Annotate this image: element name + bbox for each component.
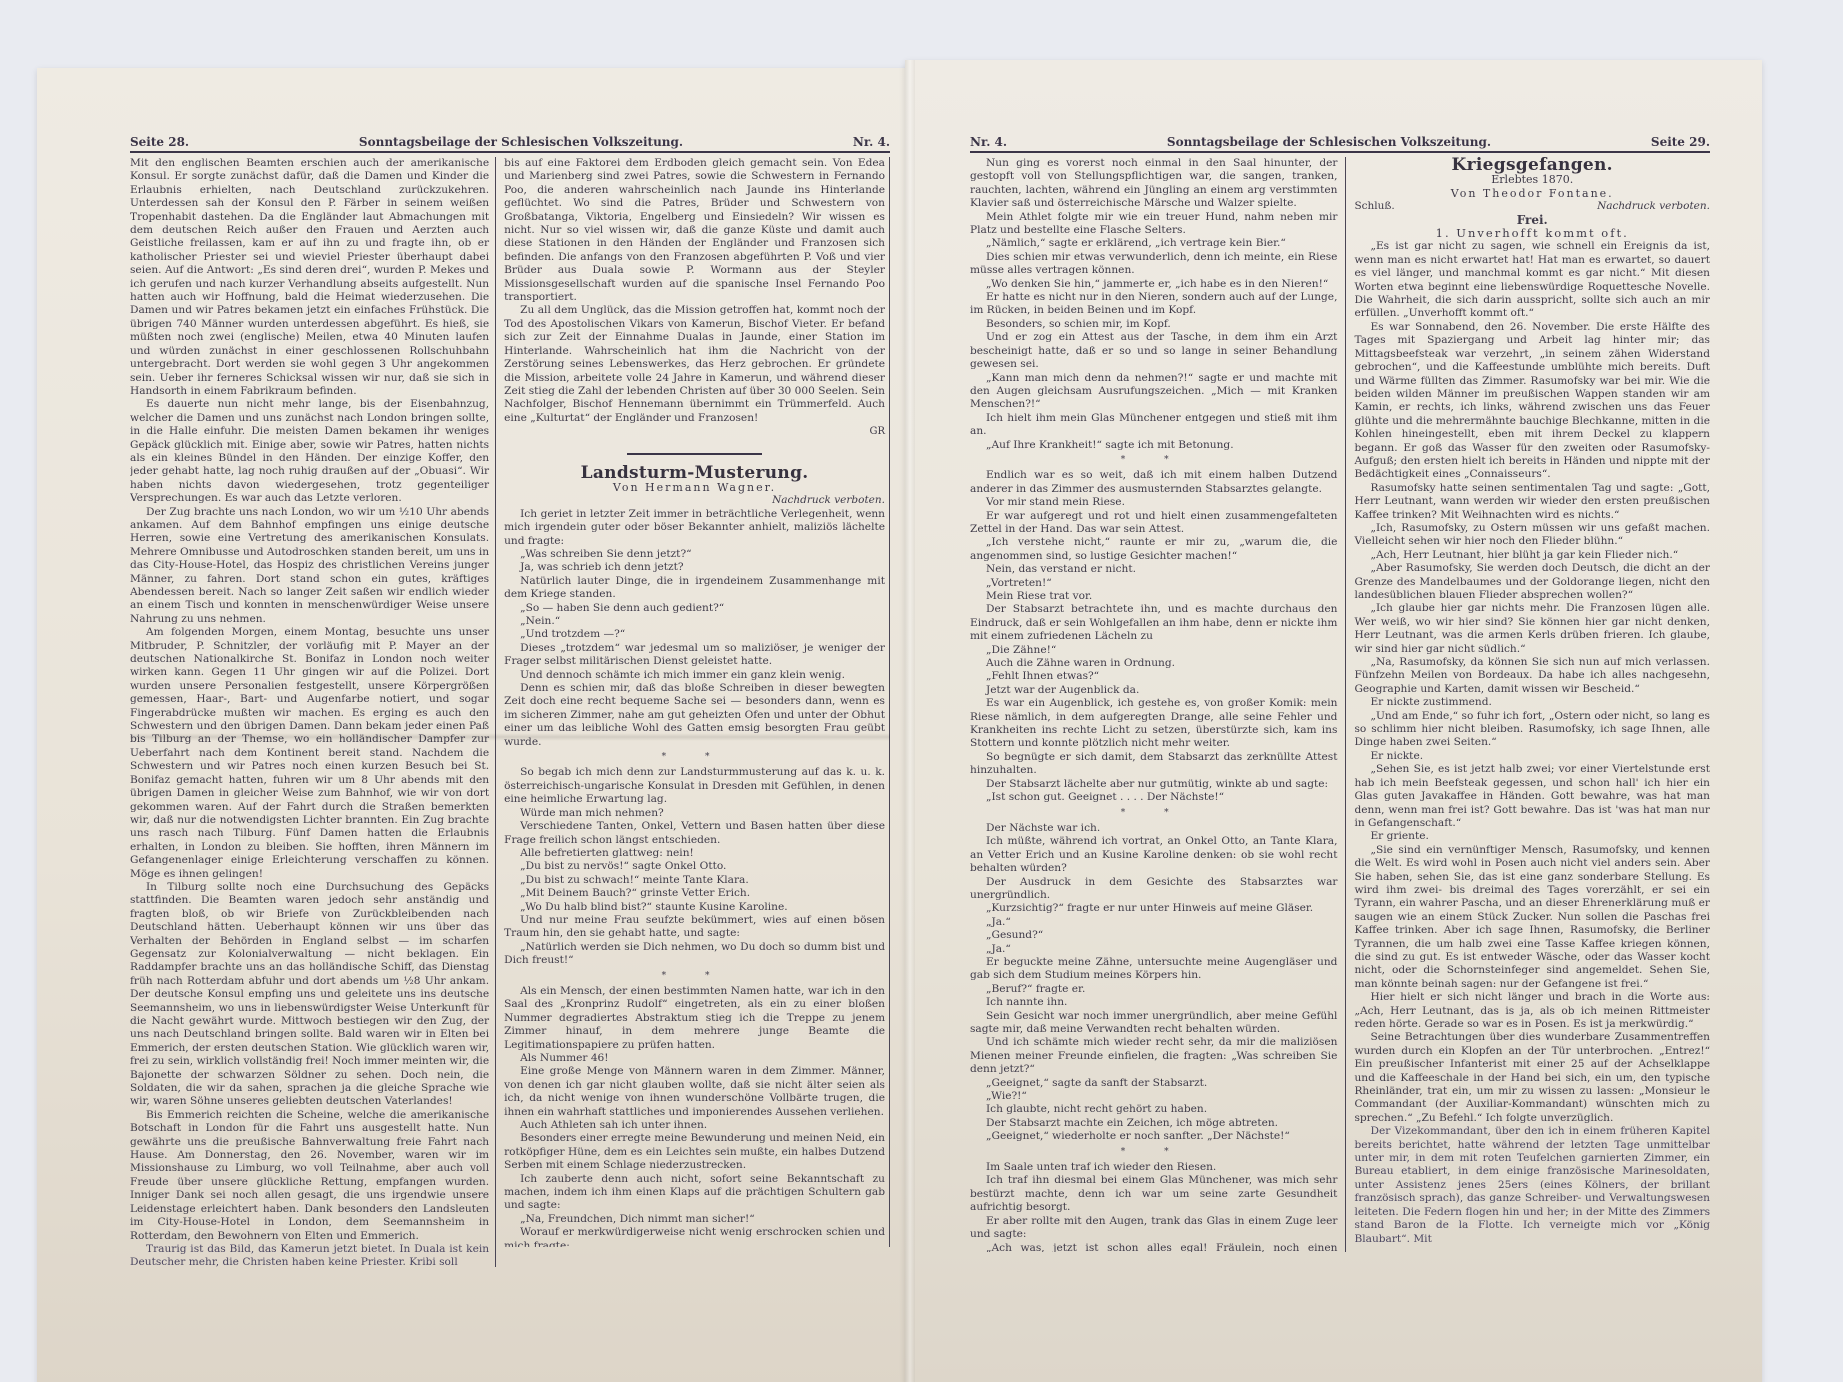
paragraph: „Na, Freundchen, Dich nimmt man sicher!“ — [504, 1213, 885, 1226]
section-break: * * — [970, 454, 1337, 467]
paragraph: Mit den englischen Beamten erschien auch… — [130, 157, 489, 398]
paragraph: Sein Gesicht war noch immer unergründlic… — [970, 1010, 1337, 1037]
article-byline: Von Hermann Wagner. — [504, 481, 885, 494]
paragraph: „Ja.“ — [970, 943, 1337, 956]
column-1-landsturm-continued: Nun ging es vorerst noch einmal in den S… — [970, 157, 1346, 1252]
paragraph: „Wo Du halb blind bist?“ staunte Kusine … — [504, 901, 885, 914]
section-break: * * — [504, 751, 885, 764]
paragraph: Dieses „trotzdem“ war jedesmal um so mal… — [504, 642, 885, 669]
paragraph: „Ich, Rasumofsky, zu Ostern müssen wir u… — [1354, 522, 1710, 549]
paragraph: Mein Athlet folgte mir wie ein treuer Hu… — [970, 211, 1337, 238]
section-title: Frei. — [1354, 214, 1710, 227]
paragraph: Er griente. — [1354, 830, 1710, 843]
paragraph: Eine große Menge von Männern waren in de… — [504, 1065, 885, 1119]
copyright-note: Nachdruck verboten. — [1597, 200, 1710, 213]
paragraph: Als Nummer 46! — [504, 1052, 885, 1065]
paragraph: Natürlich lauter Dinge, die in irgendein… — [504, 575, 885, 602]
paragraph: Ja, was schrieb ich denn jetzt? — [504, 561, 885, 574]
paragraph: Ich müßte, während ich vortrat, an Onkel… — [970, 835, 1337, 875]
paragraph: Und nur meine Frau seufzte bekümmert, wi… — [504, 914, 885, 941]
column-2: bis auf eine Faktorei dem Erdboden gleic… — [496, 157, 890, 1247]
section-break: * * — [970, 807, 1337, 820]
paragraph: Der Vizekommandant, über den ich in eine… — [1354, 1125, 1710, 1246]
paragraph: „Kurzsichtig?“ fragte er nur unter Hinwe… — [970, 902, 1337, 915]
paragraph: Er nickte zustimmend. — [1354, 696, 1710, 709]
paragraph: „Natürlich werden sie Dich nehmen, wo Du… — [504, 941, 885, 968]
page-28: Seite 28. Sonntagsbeilage der Schlesisch… — [130, 135, 890, 1267]
paragraph: Dies schien mir etwas verwunderlich, den… — [970, 251, 1337, 278]
paragraph: „Sie sind ein vernünftiger Mensch, Rasum… — [1354, 844, 1710, 991]
paragraph: Verschiedene Tanten, Onkel, Vettern und … — [504, 820, 885, 847]
page-number: Seite 28. — [130, 135, 189, 149]
paragraph: „Du bist zu schwach!“ meinte Tante Klara… — [504, 874, 885, 887]
paragraph: „Ach was, jetzt ist schon alles egal! Fr… — [970, 1242, 1337, 1253]
paragraph: Vor mir stand mein Riese. — [970, 496, 1337, 509]
paragraph: Würde man mich nehmen? — [504, 807, 885, 820]
paragraph: „Und trotzdem —?“ — [504, 628, 885, 641]
paragraph: Traurig ist das Bild, das Kamerun jetzt … — [130, 1243, 489, 1267]
paragraph: „Beruf?“ fragte er. — [970, 983, 1337, 996]
continuation-label: Schluß. — [1354, 200, 1394, 213]
paragraph: „Vortreten!“ — [970, 577, 1337, 590]
paragraph: „Nämlich,“ sagte er erklärend, „ich vert… — [970, 237, 1337, 250]
paragraph: Ich nannte ihn. — [970, 996, 1337, 1009]
page-29: Nr. 4. Sonntagsbeilage der Schlesischen … — [970, 135, 1710, 1252]
paragraph: „Was schreiben Sie denn jetzt?“ — [504, 548, 885, 561]
paragraph: Endlich war es so weit, daß ich mit eine… — [970, 469, 1337, 496]
paragraph: Alle befretierten glattweg: nein! — [504, 847, 885, 860]
paragraph: „Auf Ihre Krankheit!“ sagte ich mit Beto… — [970, 439, 1337, 452]
column-1-mission-report: Mit den englischen Beamten erschien auch… — [130, 157, 496, 1267]
paragraph: Bis Emmerich reichten die Scheine, welch… — [130, 1109, 489, 1243]
paragraph: Und dennoch schämte ich mich immer ein g… — [504, 669, 885, 682]
paragraph: Es war Sonnabend, den 26. November. Die … — [1354, 321, 1710, 482]
paragraph: In Tilburg sollte noch eine Durchsuchung… — [130, 881, 489, 1109]
paragraph: Und ich schämte mich wieder recht sehr, … — [970, 1036, 1337, 1076]
paragraph: Er beguckte meine Zähne, untersuchte mei… — [970, 956, 1337, 983]
author-signature: GR — [504, 425, 885, 438]
paragraph: Auch Athleten sah ich unter ihnen. — [504, 1119, 885, 1132]
paragraph: Ich glaubte, nicht recht gehört zu haben… — [970, 1103, 1337, 1116]
chapter-title: 1. Unverhofft kommt oft. — [1354, 227, 1710, 240]
column-2-kriegsgefangen: Kriegsgefangen. Erlebtes 1870. Von Theod… — [1346, 157, 1710, 1252]
paragraph: Als ein Mensch, der einen bestimmten Nam… — [504, 985, 885, 1052]
paragraph: „Geeignet,“ wiederholte er noch sanfter.… — [970, 1130, 1337, 1143]
paragraph: bis auf eine Faktorei dem Erdboden gleic… — [504, 157, 885, 304]
paragraph: Besonders, so schien mir, im Kopf. — [970, 318, 1337, 331]
paragraph: „Geeignet,“ sagte da sanft der Stabsarzt… — [970, 1077, 1337, 1090]
paragraph: So begab ich mich denn zur Landsturmmust… — [504, 766, 885, 806]
paragraph: So begnügte er sich damit, dem Stabsarzt… — [970, 751, 1337, 778]
paragraph: „Ich glaube hier gar nichts mehr. Die Fr… — [1354, 602, 1710, 656]
paragraph: „Nein.“ — [504, 615, 885, 628]
paragraph: „Du bist zu nervös!“ sagte Onkel Otto. — [504, 860, 885, 873]
paragraph: Er hatte es nicht nur in den Nieren, son… — [970, 291, 1337, 318]
copyright-note: Nachdruck verboten. — [504, 494, 885, 507]
paragraph: „Fehlt Ihnen etwas?“ — [970, 670, 1337, 683]
paragraph: Es dauerte nun nicht mehr lange, bis der… — [130, 398, 489, 505]
paragraph: „Gesund?“ — [970, 929, 1337, 942]
article-byline: Von Theodor Fontane. — [1354, 187, 1710, 200]
paragraph: Es war ein Augenblick, ich gestehe es, v… — [970, 697, 1337, 751]
article-separator — [627, 453, 762, 455]
paragraph: Jetzt war der Augenblick da. — [970, 684, 1337, 697]
paragraph: Der Stabsarzt machte ein Zeichen, ich mö… — [970, 1117, 1337, 1130]
paragraph: „Es ist gar nicht zu sagen, wie schnell … — [1354, 240, 1710, 320]
paragraph: „Kann man mich denn da nehmen?!“ sagte e… — [970, 372, 1337, 412]
running-header-right: Nr. 4. Sonntagsbeilage der Schlesischen … — [970, 135, 1710, 153]
paragraph: Er war aufgeregt und rot und hielt einen… — [970, 510, 1337, 537]
paragraph: Der Stabsarzt betrachtete ihn, und es ma… — [970, 603, 1337, 643]
publication-title: Sonntagsbeilage der Schlesischen Volksze… — [359, 135, 683, 149]
paragraph: „Und am Ende,“ so fuhr ich fort, „Ostern… — [1354, 710, 1710, 750]
paragraph: Der Stabsarzt lächelte aber nur gutmütig… — [970, 778, 1337, 791]
paragraph: Mein Riese trat vor. — [970, 590, 1337, 603]
paragraph: Der Nächste war ich. — [970, 822, 1337, 835]
paragraph: Seine Betrachtungen über dies wunderbare… — [1354, 1031, 1710, 1125]
paragraph: „Mit Deinem Bauch?“ grinste Vetter Erich… — [504, 887, 885, 900]
paragraph: Der Ausdruck in dem Gesichte des Stabsar… — [970, 876, 1337, 903]
paragraph: Ich traf ihn diesmal bei einem Glas Münc… — [970, 1174, 1337, 1214]
paragraph: Und er zog ein Attest aus der Tasche, in… — [970, 331, 1337, 371]
article-title: Landsturm-Musterung. — [504, 467, 885, 480]
paragraph: „Die Zähne!“ — [970, 644, 1337, 657]
paragraph: Ich zauberte denn auch nicht, sofort sei… — [504, 1173, 885, 1213]
paragraph: „Ja.“ — [970, 916, 1337, 929]
paragraph: Worauf er merkwürdigerweise nicht wenig … — [504, 1226, 885, 1247]
paragraph: Auch die Zähne waren in Ordnung. — [970, 657, 1337, 670]
paragraph: Im Saale unten traf ich wieder den Riese… — [970, 1161, 1337, 1174]
paragraph: „Wo denken Sie hin,“ jammerte er, „ich h… — [970, 278, 1337, 291]
issue-number: Nr. 4. — [853, 135, 890, 149]
paragraph: „Ach, Herr Leutnant, hier blüht ja gar k… — [1354, 549, 1710, 562]
issue-number: Nr. 4. — [970, 135, 1007, 149]
publication-title: Sonntagsbeilage der Schlesischen Volksze… — [1167, 135, 1491, 149]
paragraph: Er aber rollte mit den Augen, trank das … — [970, 1215, 1337, 1242]
article-subtitle: Erlebtes 1870. — [1354, 173, 1710, 186]
paragraph: Hier hielt er sich nicht länger und brac… — [1354, 991, 1710, 1031]
page-number: Seite 29. — [1651, 135, 1710, 149]
paragraph: „Na, Rasumofsky, da können Sie sich nun … — [1354, 656, 1710, 696]
section-break: * * — [504, 970, 885, 983]
paragraph: Ich hielt ihm mein Glas Münchener entgeg… — [970, 412, 1337, 439]
paragraph: Rasumofsky hatte seinen sentimentalen Ta… — [1354, 482, 1710, 522]
paragraph: „Sehen Sie, es ist jetzt halb zwei; vor … — [1354, 763, 1710, 830]
article-title: Kriegsgefangen. — [1354, 159, 1710, 172]
paragraph: „Ist schon gut. Geeignet . . . . Der Näc… — [970, 791, 1337, 804]
paper-crease — [130, 733, 890, 741]
paragraph: „Aber Rasumofsky, Sie werden doch Deutsc… — [1354, 562, 1710, 602]
section-break: * * — [970, 1146, 1337, 1159]
running-header-left: Seite 28. Sonntagsbeilage der Schlesisch… — [130, 135, 890, 153]
paragraph: Besonders einer erregte meine Bewunderun… — [504, 1132, 885, 1172]
paragraph: „Wie?!“ — [970, 1090, 1337, 1103]
paragraph: Zu all dem Unglück, das die Mission getr… — [504, 304, 885, 425]
paragraph: Nein, das verstand er nicht. — [970, 563, 1337, 576]
paragraph: Ich geriet in letzter Zeit immer in betr… — [504, 508, 885, 548]
paragraph: „So — haben Sie denn auch gedient?“ — [504, 602, 885, 615]
paragraph: Er nickte. — [1354, 750, 1710, 763]
paragraph: Nun ging es vorerst noch einmal in den S… — [970, 157, 1337, 211]
continuation-line: Schluß. Nachdruck verboten. — [1354, 200, 1710, 213]
paragraph: Am folgenden Morgen, einem Montag, besuc… — [130, 626, 489, 881]
center-fold — [905, 60, 915, 1382]
paragraph: „Ich verstehe nicht,“ raunte er mir zu, … — [970, 536, 1337, 563]
paragraph: Der Zug brachte uns nach London, wo wir … — [130, 506, 489, 627]
